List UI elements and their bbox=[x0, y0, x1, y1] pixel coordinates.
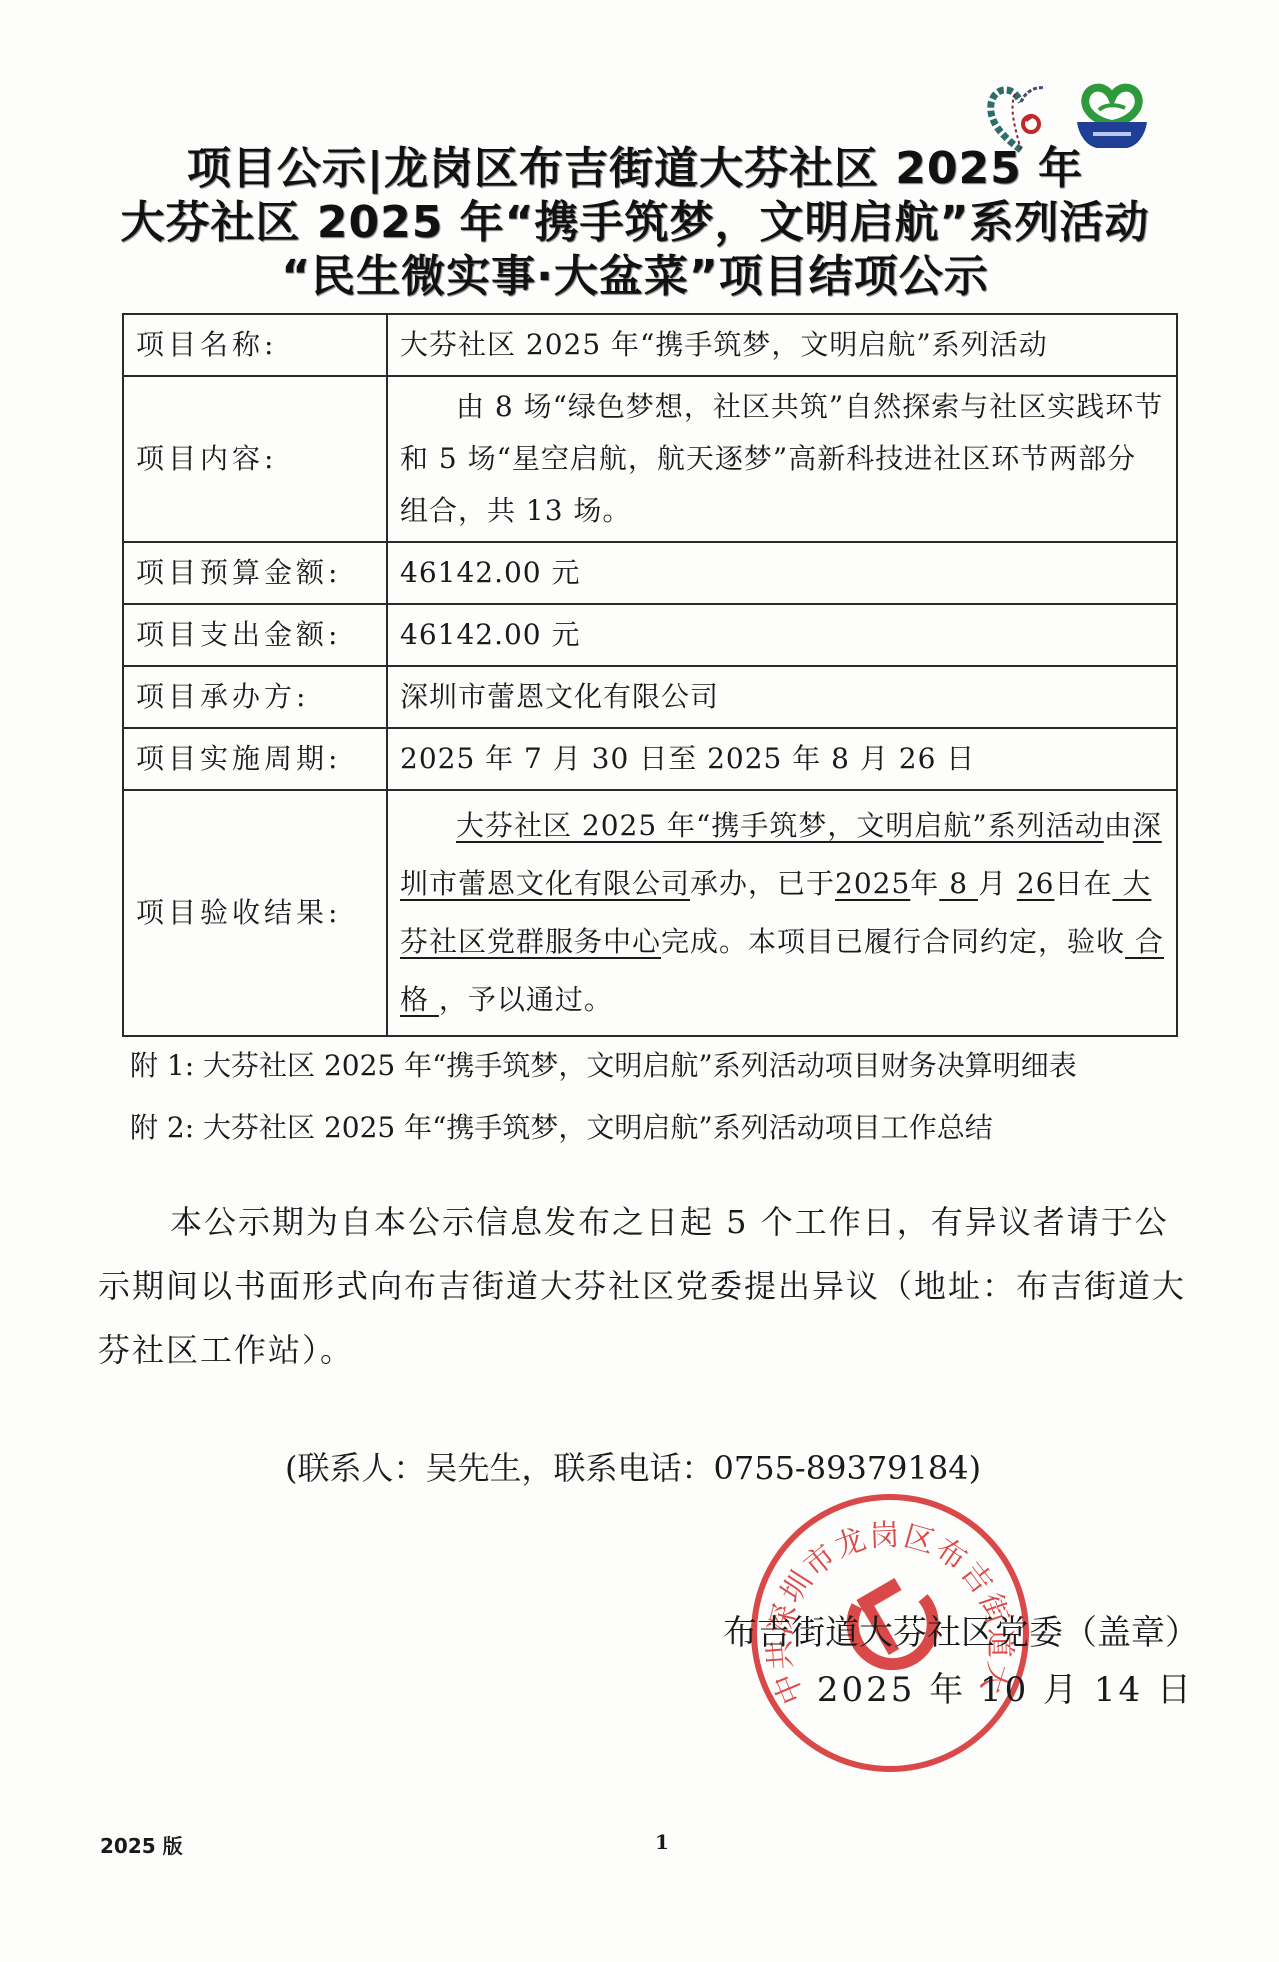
footer-version: 2025 版 bbox=[100, 1830, 183, 1859]
acceptance-text: 月 bbox=[978, 867, 1007, 900]
acceptance-label: 项目验收结果: bbox=[123, 790, 387, 1036]
table-row-budget: 项目预算金额: 46142.00 元 bbox=[123, 542, 1177, 604]
project-content-label: 项目内容: bbox=[123, 376, 387, 542]
contractor-value: 深圳市蕾恩文化有限公司 bbox=[387, 666, 1177, 728]
project-content-text: 由 8 场“绿色梦想，社区共筑”自然探索与社区实践环节和 5 场“星空启航，航天… bbox=[400, 390, 1163, 527]
acceptance-project-name: 大芬社区 2025 年“携手筑梦，文明启航”系列活动 bbox=[456, 809, 1104, 842]
project-info-table: 项目名称: 大芬社区 2025 年“携手筑梦，文明启航”系列活动 项目内容: 由… bbox=[122, 313, 1178, 1037]
attachment-2: 附 2: 大芬社区 2025 年“携手筑梦，文明启航”系列活动项目工作总结 bbox=[130, 1108, 1210, 1148]
table-row-contractor: 项目承办方: 深圳市蕾恩文化有限公司 bbox=[123, 666, 1177, 728]
table-row-project-content: 项目内容: 由 8 场“绿色梦想，社区共筑”自然探索与社区实践环节和 5 场“星… bbox=[123, 376, 1177, 542]
title-line-3: “民生微实事·大盆菜”项目结项公示 bbox=[90, 250, 1180, 304]
budget-label: 项目预算金额: bbox=[123, 542, 387, 604]
contact-info: (联系人：吴先生，联系电话：0755-89379184) bbox=[285, 1446, 1085, 1490]
acceptance-text: ，予以通过。 bbox=[439, 983, 613, 1016]
project-content-value: 由 8 场“绿色梦想，社区共筑”自然探索与社区实践环节和 5 场“星空启航，航天… bbox=[387, 376, 1177, 542]
acceptance-text: 由 bbox=[1104, 809, 1133, 842]
page-number: 1 bbox=[655, 1830, 669, 1854]
project-name-value: 大芬社区 2025 年“携手筑梦，文明启航”系列活动 bbox=[387, 314, 1177, 376]
budget-value: 46142.00 元 bbox=[387, 542, 1177, 604]
expenditure-value: 46142.00 元 bbox=[387, 604, 1177, 666]
acceptance-text: 承办，已于 bbox=[690, 867, 835, 900]
objection-notice: 本公示期为自本公示信息发布之日起 5 个工作日，有异议者请于公示期间以书面形式向… bbox=[98, 1190, 1198, 1382]
acceptance-value: 大芬社区 2025 年“携手筑梦，文明启航”系列活动由深圳市蕾恩文化有限公司承办… bbox=[387, 790, 1177, 1036]
title-line-1: 项目公示|龙岗区布吉街道大芬社区 2025 年 bbox=[90, 142, 1180, 196]
table-row-expenditure: 项目支出金额: 46142.00 元 bbox=[123, 604, 1177, 666]
page-title: 项目公示|龙岗区布吉街道大芬社区 2025 年 大芬社区 2025 年“携手筑梦… bbox=[90, 142, 1180, 304]
title-line-2: 大芬社区 2025 年“携手筑梦，文明启航”系列活动 bbox=[90, 196, 1180, 250]
acceptance-text: 日在 bbox=[1055, 867, 1113, 900]
attachment-1: 附 1: 大芬社区 2025 年“携手筑梦，文明启航”系列活动项目财务决算明细表 bbox=[130, 1046, 1210, 1086]
table-row-project-name: 项目名称: 大芬社区 2025 年“携手筑梦，文明启航”系列活动 bbox=[123, 314, 1177, 376]
signing-organization: 布吉街道大芬社区党委（盖章） bbox=[723, 1610, 1199, 1656]
period-label: 项目实施周期: bbox=[123, 728, 387, 790]
expenditure-label: 项目支出金额: bbox=[123, 604, 387, 666]
acceptance-day: 26 bbox=[1017, 867, 1055, 900]
signing-date: 2025 年 10 月 14 日 bbox=[817, 1667, 1194, 1713]
table-row-acceptance: 项目验收结果: 大芬社区 2025 年“携手筑梦，文明启航”系列活动由深圳市蕾恩… bbox=[123, 790, 1177, 1036]
acceptance-month: 8 bbox=[939, 867, 978, 900]
acceptance-text: 年 bbox=[910, 867, 939, 900]
period-value: 2025 年 7 月 30 日至 2025 年 8 月 26 日 bbox=[387, 728, 1177, 790]
contractor-label: 项目承办方: bbox=[123, 666, 387, 728]
acceptance-year: 2025 bbox=[835, 867, 910, 900]
acceptance-text: 完成。本项目已履行合同约定，验收 bbox=[661, 925, 1125, 958]
table-row-period: 项目实施周期: 2025 年 7 月 30 日至 2025 年 8 月 26 日 bbox=[123, 728, 1177, 790]
project-name-label: 项目名称: bbox=[123, 314, 387, 376]
